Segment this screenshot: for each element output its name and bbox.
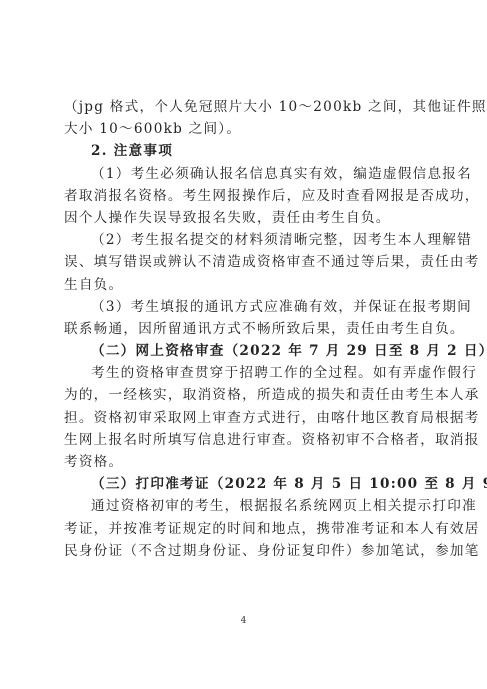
body-line: 考证，并按准考证规定的时间和地点，携带准考证和本人有效居 [64, 518, 422, 540]
section-heading-online-review: （二）网上资格审查（2022 年 7 月 29 日至 8 月 2 日） [64, 340, 422, 362]
section-heading-notes: 2. 注意事项 [64, 140, 422, 162]
body-line: 生自负。 [64, 274, 422, 296]
body-line: 考资格。 [64, 451, 422, 473]
body-line: 为的，一经核实，取消资格，所造成的损失和责任由考生本人承 [64, 384, 422, 406]
body-line: 大小 10～600kb 之间）。 [64, 118, 422, 140]
body-line: 误、填写错误或辨认不清造成资格审查不通过等后果，责任由考 [64, 251, 422, 273]
body-line: （jpg 格式，个人免冠照片大小 10～200kb 之间，其他证件照片 [64, 96, 422, 118]
paragraph-start: （3）考生填报的通讯方式应准确有效，并保证在报考期间 [64, 296, 422, 318]
body-line: 联系畅通，因所留通讯方式不畅所致后果，责任由考生自负。 [64, 318, 422, 340]
section-heading-print-admission: （三）打印准考证（2022 年 8 月 5 日 10:00 至 8 月 9 日 … [64, 473, 422, 495]
body-line: 民身份证（不含过期身份证、身份证复印件）参加笔试，参加笔 [64, 540, 422, 562]
body-line: 生网上报名时所填写信息进行审查。资格初审不合格者，取消报 [64, 429, 422, 451]
body-line: 担。资格初审采取网上审查方式进行，由喀什地区教育局根据考 [64, 407, 422, 429]
body-line: 者取消报名资格。考生网报操作后，应及时查看网报是否成功， [64, 185, 422, 207]
paragraph-start: 考生的资格审查贯穿于招聘工作的全过程。如有弄虚作假行 [64, 362, 422, 384]
paragraph-start: 通过资格初审的考生，根据报名系统网页上相关提示打印准 [64, 495, 422, 517]
document-page: （jpg 格式，个人免冠照片大小 10～200kb 之间，其他证件照片 大小 1… [64, 96, 422, 562]
paragraph-start: （2）考生报名提交的材料须清晰完整，因考生本人理解错 [64, 229, 422, 251]
page-number: 4 [0, 616, 487, 626]
paragraph-start: （1）考生必须确认报名信息真实有效，编造虚假信息报名 [64, 163, 422, 185]
body-line: 因个人操作失误导致报名失败，责任由考生自负。 [64, 207, 422, 229]
